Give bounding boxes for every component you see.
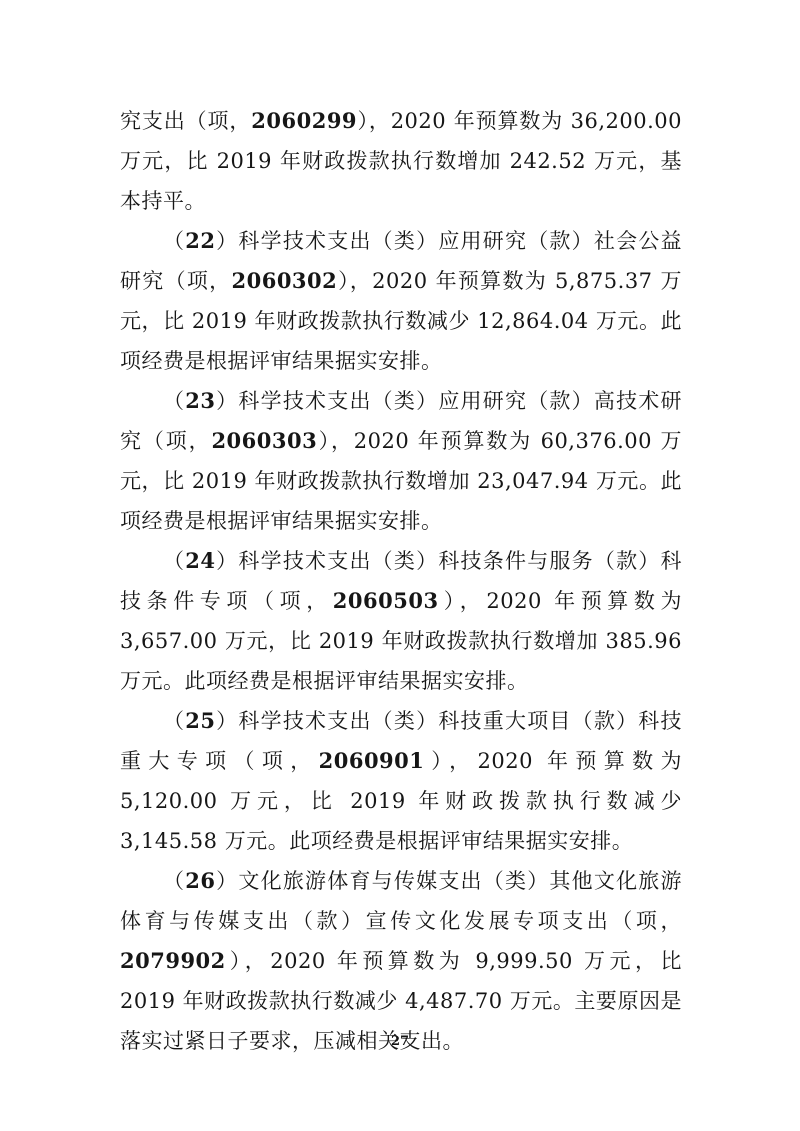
text-segment: （ [163, 229, 185, 253]
text-segment: （ [163, 869, 185, 893]
page-number: 27 [391, 1034, 409, 1049]
budget-item-code: 2060503 [333, 588, 439, 613]
budget-item-code: 2079902 [120, 948, 226, 973]
budget-item-code: 2060302 [231, 268, 337, 293]
text-segment: （ [163, 389, 185, 413]
text-segment: 究支出（项， [120, 109, 251, 133]
paragraph: （23）科学技术支出（类）应用研究（款）高技术研究（项，2060303），202… [120, 381, 682, 541]
paragraph-number: 22 [185, 228, 215, 253]
budget-item-code: 2060901 [319, 748, 425, 773]
paragraph-number: 25 [185, 708, 215, 733]
paragraph: （25）科学技术支出（类）科技重大项目（款）科技重大专项（项，2060901），… [120, 701, 682, 861]
paragraph-number: 26 [185, 868, 215, 893]
document-body: 究支出（项，2060299），2020 年预算数为 36,200.00 万元，比… [120, 101, 682, 1061]
budget-item-code: 2060299 [251, 108, 357, 133]
paragraph: 究支出（项，2060299），2020 年预算数为 36,200.00 万元，比… [120, 101, 682, 221]
text-segment: （ [163, 549, 185, 573]
paragraph-number: 23 [185, 388, 215, 413]
paragraph: （24）科学技术支出（类）科技条件与服务（款）科技条件专项（项，2060503）… [120, 541, 682, 701]
text-segment: （ [163, 709, 185, 733]
paragraph: （22）科学技术支出（类）应用研究（款）社会公益研究（项，2060302），20… [120, 221, 682, 381]
paragraph-number: 24 [185, 548, 215, 573]
budget-item-code: 2060303 [211, 428, 317, 453]
page-footer: 27 [0, 1030, 800, 1049]
document-page: 究支出（项，2060299），2020 年预算数为 36,200.00 万元，比… [0, 0, 800, 1131]
